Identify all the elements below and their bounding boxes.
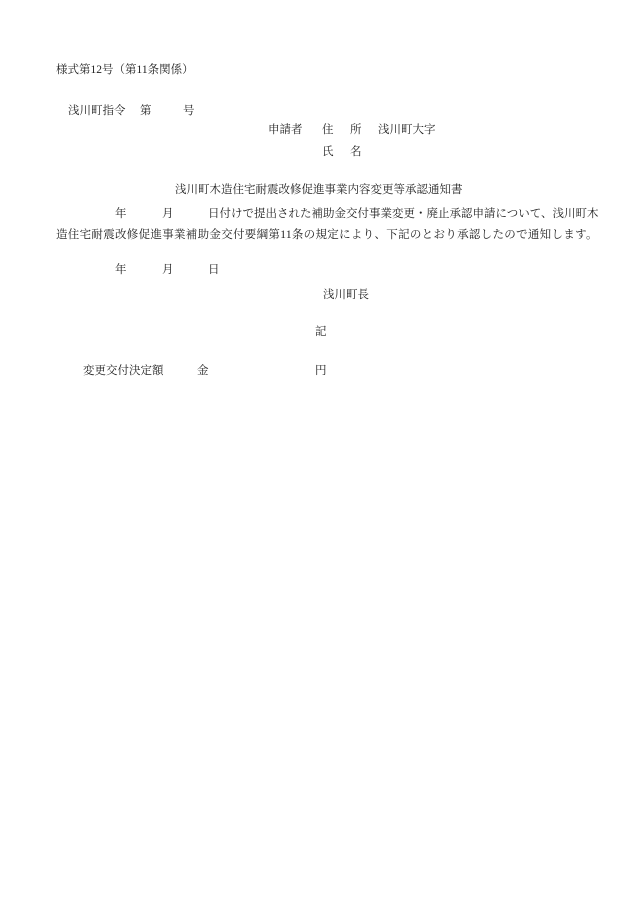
directive-agency-label: 浅川町指令 — [68, 105, 126, 118]
applicant-address-label-b: 所 — [350, 124, 362, 137]
applicant-name-label-b: 名 — [350, 146, 362, 159]
decision-currency-prefix: 金 — [197, 365, 209, 378]
body-paragraph-line2: 造住宅耐震改修促進事業補助金交付要綱第11条の規定により、下記のとおり承認したの… — [56, 229, 598, 242]
directive-number-suffix: 号 — [183, 105, 195, 118]
date-month-label: 月 — [162, 264, 174, 277]
body-month-label: 月 — [162, 208, 174, 221]
form-number: 様式第12号（第11条関係） — [56, 64, 194, 77]
applicant-name-label-a: 氏 — [322, 146, 334, 159]
decision-amount-label: 変更交付決定額 — [83, 365, 164, 378]
ki-heading: 記 — [315, 326, 327, 339]
applicant-address-value: 浅川町大字 — [378, 124, 436, 137]
body-line1-text: 日付けで提出された補助金交付事業変更・廃止承認申請について、浅川町木 — [208, 208, 599, 221]
document-page: 様式第12号（第11条関係） 浅川町指令 第 号 申請者 住 所 浅川町大字 氏… — [0, 0, 630, 903]
directive-number-prefix: 第 — [140, 105, 152, 118]
date-year-label: 年 — [115, 264, 127, 277]
decision-currency-suffix: 円 — [315, 365, 327, 378]
applicant-label: 申請者 — [268, 124, 303, 137]
body-year-label: 年 — [115, 208, 127, 221]
mayor-signature: 浅川町長 — [323, 289, 369, 302]
date-day-label: 日 — [208, 264, 220, 277]
applicant-address-label-a: 住 — [322, 124, 334, 137]
document-title: 浅川町木造住宅耐震改修促進事業内容変更等承認通知書 — [175, 184, 463, 197]
